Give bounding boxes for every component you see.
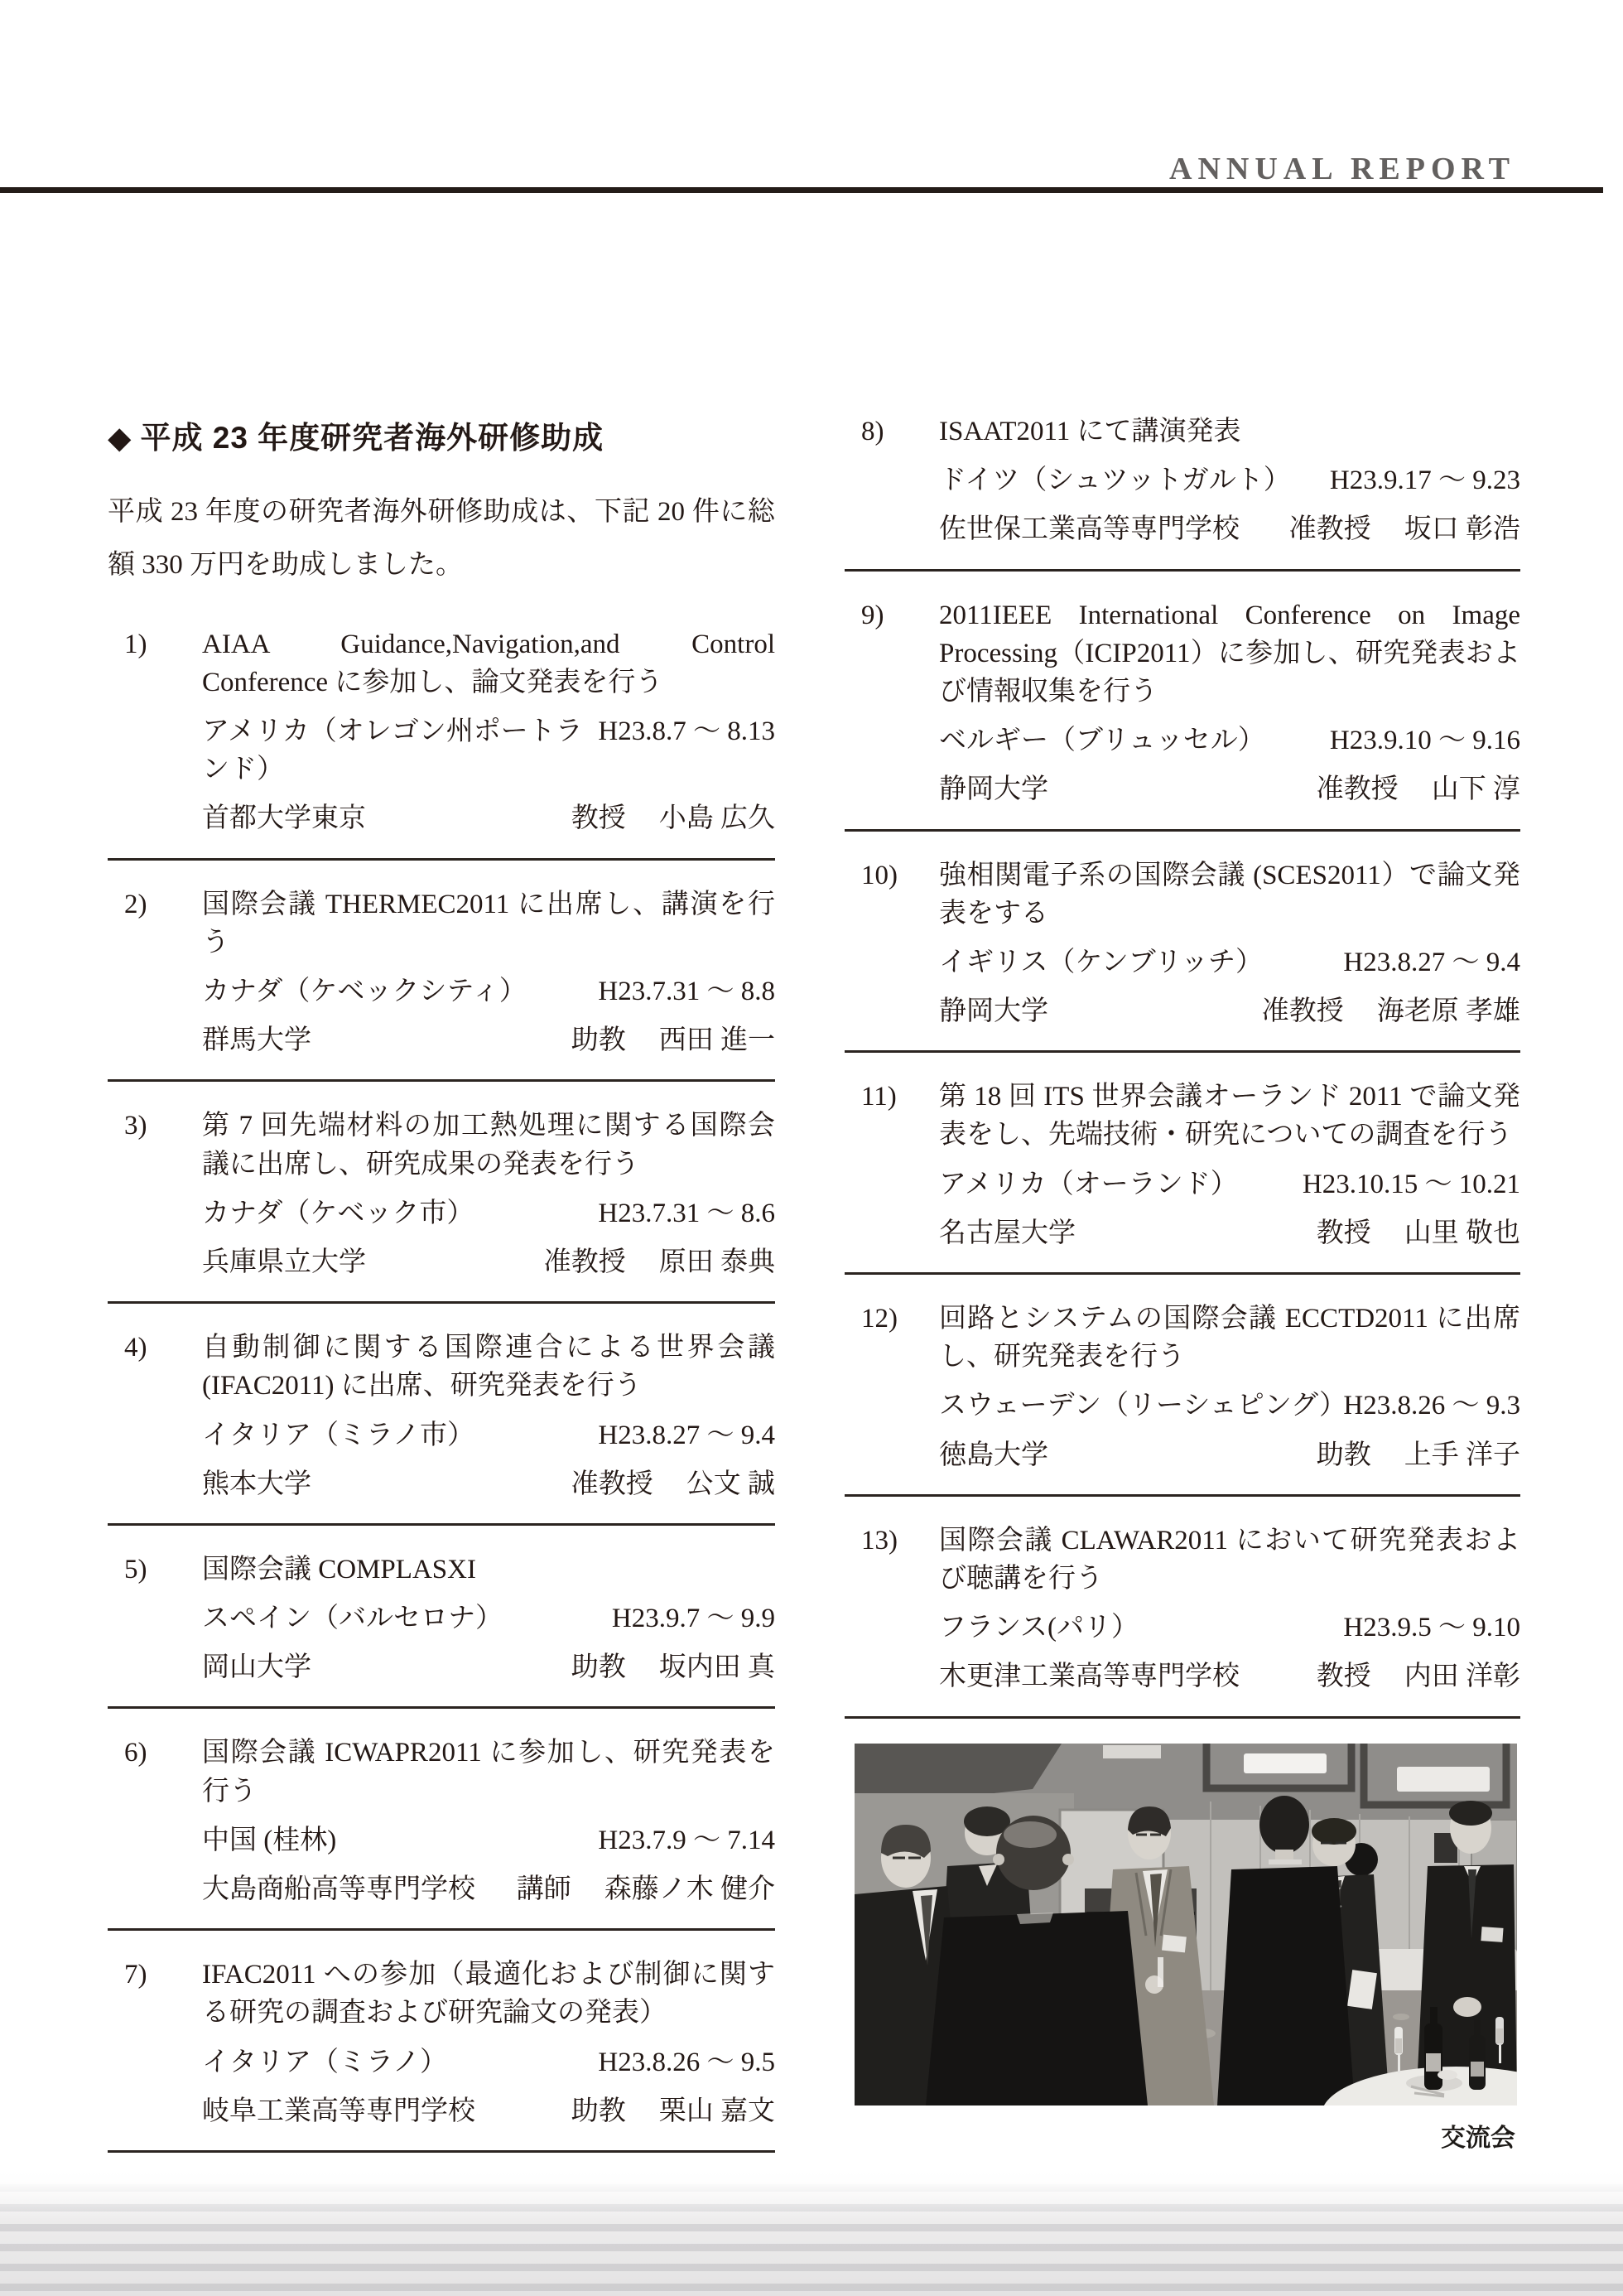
grant-title-row: 12) 回路とシステムの国際会議 ECCTD2011 に出席し、研究発表を行う: [845, 1300, 1520, 1376]
grant-item: 12) 回路とシステムの国際会議 ECCTD2011 に出席し、研究発表を行う …: [845, 1300, 1520, 1497]
grant-title-row: 8) ISAAT2011 にて講演発表: [845, 412, 1520, 451]
grant-position: 准教授: [544, 1247, 626, 1277]
grant-title-row: 7) IFAC2011 への参加（最適化および制御に関する研究の調査および研究論…: [108, 1956, 775, 2032]
grant-title-row: 13) 国際会議 CLAWAR2011 において研究発表および聴講を行う: [845, 1522, 1520, 1598]
grant-number: 5): [108, 1551, 202, 1589]
grant-name: 小島 広久: [659, 803, 775, 833]
grant-position: 講師: [517, 1874, 571, 1904]
section-intro: 平成 23 年度の研究者海外研修助成は、下記 20 件に総額 330 万円を助成…: [108, 485, 775, 592]
grant-institution: 岐阜工業高等専門学校: [202, 2092, 475, 2130]
grant-number: 8): [845, 412, 939, 451]
grant-inst-person-row: 徳島大学 助教上手 洋子: [845, 1436, 1520, 1474]
grant-destination: スウェーデン（リーシェピング）: [939, 1387, 1343, 1425]
grant-item: 9) 2011IEEE International Conference on …: [845, 596, 1520, 832]
grant-title-row: 10) 強相関電子系の国際会議 (SCES2011）で論文発表をする: [845, 856, 1520, 933]
grant-position: 教授: [1317, 1662, 1371, 1691]
grant-place-date-row: イタリア（ミラノ） H23.8.26 ～ 9.5: [108, 2043, 775, 2081]
grant-item: 11) 第 18 回 ITS 世界会議オーランド 2011 で論文発表をし、先端…: [845, 1078, 1520, 1275]
grant-institution: 佐世保工業高等専門学校: [939, 510, 1240, 548]
grant-position: 助教: [1317, 1440, 1371, 1470]
grant-number: 12): [845, 1300, 939, 1376]
grant-position: 准教授: [1317, 774, 1399, 804]
grant-number: 13): [845, 1522, 939, 1598]
grant-title: 第 7 回先端材料の加工熱処理に関する国際会議に出席し、研究成果の発表を行う: [202, 1107, 775, 1183]
grant-position: 准教授: [1262, 996, 1344, 1026]
grant-name: 原田 泰典: [659, 1247, 775, 1277]
grant-number: 11): [845, 1078, 939, 1154]
grant-title-row: 2) 国際会議 THERMEC2011 に出席し、講演を行う: [108, 885, 775, 962]
grant-item: 10) 強相関電子系の国際会議 (SCES2011）で論文発表をする イギリス（…: [845, 856, 1520, 1054]
grant-person: 准教授山下 淳: [1317, 770, 1520, 808]
grant-person: 助教栗山 嘉文: [571, 2092, 775, 2130]
grant-inst-person-row: 静岡大学 准教授山下 淳: [845, 770, 1520, 808]
grant-place-date-row: カナダ（ケベックシティ） H23.7.31 ～ 8.8: [108, 972, 775, 1011]
grant-list-left: 1) AIAA Guidance,Navigation,and Control …: [108, 625, 775, 2153]
grant-number: 9): [845, 596, 939, 711]
grant-name: 山下 淳: [1432, 774, 1520, 804]
grant-inst-person-row: 群馬大学 助教西田 進一: [108, 1021, 775, 1059]
grant-destination: アメリカ（オレゴン州ポートランド）: [202, 712, 598, 789]
grant-destination: カナダ（ケベックシティ）: [202, 972, 527, 1011]
grant-destination: 中国 (桂林): [202, 1821, 336, 1859]
grant-inst-person-row: 兵庫県立大学 准教授原田 泰典: [108, 1243, 775, 1281]
grant-name: 森藤ノ木 健介: [604, 1874, 775, 1904]
grant-title: 2011IEEE International Conference on Ima…: [939, 596, 1520, 711]
grant-institution: 木更津工業高等専門学校: [939, 1657, 1240, 1695]
grant-destination: アメリカ（オーランド）: [939, 1165, 1238, 1203]
grant-dates: H23.8.26 ～ 9.5: [598, 2043, 775, 2081]
grant-title: 強相関電子系の国際会議 (SCES2011）で論文発表をする: [939, 856, 1520, 933]
grant-number: 1): [108, 625, 202, 702]
grant-person: 准教授海老原 孝雄: [1262, 992, 1520, 1030]
grant-title: 回路とシステムの国際会議 ECCTD2011 に出席し、研究発表を行う: [939, 1300, 1520, 1376]
grant-title-row: 5) 国際会議 COMPLASXI: [108, 1551, 775, 1589]
grant-person: 教授内田 洋彰: [1317, 1657, 1520, 1695]
grant-institution: 熊本大学: [202, 1465, 311, 1503]
grant-person: 教授小島 広久: [571, 799, 775, 837]
grant-dates: H23.9.5 ～ 9.10: [1343, 1609, 1520, 1647]
grant-place-date-row: ドイツ（シュツットガルト） H23.9.17 ～ 9.23: [845, 461, 1520, 499]
grant-destination: カナダ（ケベック市）: [202, 1194, 474, 1232]
grant-dates: H23.8.7 ～ 8.13: [598, 712, 775, 750]
grant-person: 講師森藤ノ木 健介: [517, 1870, 775, 1908]
grant-title-row: 11) 第 18 回 ITS 世界会議オーランド 2011 で論文発表をし、先端…: [845, 1078, 1520, 1154]
grant-person: 助教上手 洋子: [1317, 1436, 1520, 1474]
grant-position: 准教授: [571, 1469, 653, 1499]
grant-person: 准教授原田 泰典: [544, 1243, 775, 1281]
grant-number: 10): [845, 856, 939, 933]
left-column: ◆平成 23 年度研究者海外研修助成 平成 23 年度の研究者海外研修助成は、下…: [108, 412, 775, 2178]
grant-item: 13) 国際会議 CLAWAR2011 において研究発表および聴講を行う フラン…: [845, 1522, 1520, 1719]
grant-inst-person-row: 大島商船高等専門学校 講師森藤ノ木 健介: [108, 1870, 775, 1908]
grant-inst-person-row: 名古屋大学 教授山里 敬也: [845, 1214, 1520, 1252]
grant-position: 助教: [571, 1025, 626, 1055]
grant-place-date-row: フランス(パリ） H23.9.5 ～ 9.10: [845, 1609, 1520, 1647]
grant-item: 5) 国際会議 COMPLASXI スペイン（バルセロナ） H23.9.7 ～ …: [108, 1551, 775, 1710]
grant-position: 助教: [571, 1652, 626, 1682]
grant-number: 7): [108, 1956, 202, 2032]
grant-name: 上手 洋子: [1404, 1440, 1520, 1470]
page-header-title: ANNUAL REPORT: [1169, 151, 1515, 187]
grant-dates: H23.7.31 ～ 8.6: [598, 1194, 775, 1232]
grant-place-date-row: アメリカ（オーランド） H23.10.15 ～ 10.21: [845, 1165, 1520, 1203]
grant-institution: 大島商船高等専門学校: [202, 1870, 475, 1908]
grant-destination: フランス(パリ）: [939, 1609, 1139, 1647]
grant-person: 准教授坂口 彰浩: [1289, 510, 1520, 548]
grant-item: 6) 国際会議 ICWAPR2011 に参加し、研究発表を行う 中国 (桂林) …: [108, 1734, 775, 1931]
grant-title: 国際会議 ICWAPR2011 に参加し、研究発表を行う: [202, 1734, 775, 1810]
grant-person: 助教西田 進一: [571, 1021, 775, 1059]
grant-dates: H23.9.17 ～ 9.23: [1330, 461, 1520, 499]
grant-inst-person-row: 岐阜工業高等専門学校 助教栗山 嘉文: [108, 2092, 775, 2130]
photo-caption: 交流会: [855, 2117, 1517, 2154]
grant-destination: イタリア（ミラノ）: [202, 2043, 447, 2081]
grant-destination: イギリス（ケンブリッチ）: [939, 943, 1263, 982]
grant-number: 3): [108, 1107, 202, 1183]
grant-person: 助教坂内田 真: [571, 1648, 775, 1686]
grant-dates: H23.9.10 ～ 9.16: [1330, 721, 1520, 760]
grant-place-date-row: イギリス（ケンブリッチ） H23.8.27 ～ 9.4: [845, 943, 1520, 982]
grant-destination: ベルギー（ブリュッセル）: [939, 721, 1265, 760]
grant-position: 助教: [571, 2096, 626, 2126]
grant-inst-person-row: 首都大学東京 教授小島 広久: [108, 799, 775, 837]
header-rule: [0, 187, 1603, 193]
grant-title-row: 6) 国際会議 ICWAPR2011 に参加し、研究発表を行う: [108, 1734, 775, 1810]
grant-dates: H23.8.26 ～ 9.3: [1343, 1387, 1520, 1425]
grant-dates: H23.8.27 ～ 9.4: [598, 1416, 775, 1454]
grant-title: 国際会議 CLAWAR2011 において研究発表および聴講を行う: [939, 1522, 1520, 1598]
grant-inst-person-row: 静岡大学 准教授海老原 孝雄: [845, 992, 1520, 1030]
grant-dates: H23.10.15 ～ 10.21: [1303, 1165, 1520, 1203]
grant-inst-person-row: 木更津工業高等専門学校 教授内田 洋彰: [845, 1657, 1520, 1695]
grant-list-right: 8) ISAAT2011 にて講演発表 ドイツ（シュツットガルト） H23.9.…: [845, 412, 1520, 1719]
grant-item: 2) 国際会議 THERMEC2011 に出席し、講演を行う カナダ（ケベックシ…: [108, 885, 775, 1083]
grant-inst-person-row: 熊本大学 准教授公文 誠: [108, 1465, 775, 1503]
grant-place-date-row: 中国 (桂林) H23.7.9 ～ 7.14: [108, 1821, 775, 1859]
grant-title-row: 9) 2011IEEE International Conference on …: [845, 596, 1520, 711]
grant-item: 3) 第 7 回先端材料の加工熱処理に関する国際会議に出席し、研究成果の発表を行…: [108, 1107, 775, 1304]
grant-number: 6): [108, 1734, 202, 1810]
grant-title: 第 18 回 ITS 世界会議オーランド 2011 で論文発表をし、先端技術・研…: [939, 1078, 1520, 1154]
grant-place-date-row: カナダ（ケベック市） H23.7.31 ～ 8.6: [108, 1194, 775, 1232]
grant-place-date-row: スペイン（バルセロナ） H23.9.7 ～ 9.9: [108, 1599, 775, 1638]
grant-name: 西田 進一: [659, 1025, 775, 1055]
grant-title: 国際会議 COMPLASXI: [202, 1551, 775, 1589]
grant-person: 准教授公文 誠: [571, 1465, 775, 1503]
grant-place-date-row: スウェーデン（リーシェピング） H23.8.26 ～ 9.3: [845, 1387, 1520, 1425]
grant-name: 海老原 孝雄: [1377, 996, 1520, 1026]
grant-title: 国際会議 THERMEC2011 に出席し、講演を行う: [202, 885, 775, 962]
section-heading: ◆平成 23 年度研究者海外研修助成: [108, 412, 775, 457]
grant-title: IFAC2011 への参加（最適化および制御に関する研究の調査および研究論文の発…: [202, 1956, 775, 2032]
grant-institution: 兵庫県立大学: [202, 1243, 366, 1281]
grant-name: 栗山 嘉文: [659, 2096, 775, 2126]
grant-title: 自動制御に関する国際連合による世界会議 (IFAC2011) に出席、研究発表を…: [202, 1329, 775, 1405]
grant-destination: ドイツ（シュツットガルト）: [939, 461, 1291, 499]
grant-inst-person-row: 岡山大学 助教坂内田 真: [108, 1648, 775, 1686]
section-heading-text: 平成 23 年度研究者海外研修助成: [140, 421, 604, 455]
grant-institution: 静岡大学: [939, 770, 1048, 808]
grant-institution: 名古屋大学: [939, 1214, 1076, 1252]
grant-position: 教授: [1317, 1218, 1371, 1248]
grant-position: 教授: [571, 803, 626, 833]
grant-place-date-row: イタリア（ミラノ市） H23.8.27 ～ 9.4: [108, 1416, 775, 1454]
grant-dates: H23.8.27 ～ 9.4: [1343, 943, 1520, 982]
grant-place-date-row: ベルギー（ブリュッセル） H23.9.10 ～ 9.16: [845, 721, 1520, 760]
grant-destination: スペイン（バルセロナ）: [202, 1599, 503, 1638]
grant-item: 1) AIAA Guidance,Navigation,and Control …: [108, 625, 775, 861]
grant-dates: H23.7.9 ～ 7.14: [598, 1821, 775, 1859]
annual-report-page: ANNUAL REPORT ◆平成 23 年度研究者海外研修助成 平成 23 年…: [0, 0, 1623, 2296]
grant-institution: 群馬大学: [202, 1021, 311, 1059]
grant-dates: H23.7.31 ～ 8.8: [598, 972, 775, 1011]
grant-inst-person-row: 佐世保工業高等専門学校 准教授坂口 彰浩: [845, 510, 1520, 548]
networking-photo: [855, 1744, 1517, 2105]
footer-stripes: [0, 2172, 1623, 2296]
grant-title-row: 1) AIAA Guidance,Navigation,and Control …: [108, 625, 775, 702]
grant-title-row: 4) 自動制御に関する国際連合による世界会議 (IFAC2011) に出席、研究…: [108, 1329, 775, 1405]
grant-name: 内田 洋彰: [1404, 1662, 1520, 1691]
grant-number: 2): [108, 885, 202, 962]
grant-name: 山里 敬也: [1404, 1218, 1520, 1248]
grant-position: 准教授: [1289, 514, 1371, 544]
grant-item: 4) 自動制御に関する国際連合による世界会議 (IFAC2011) に出席、研究…: [108, 1329, 775, 1526]
grant-name: 坂内田 真: [659, 1652, 775, 1682]
grant-number: 4): [108, 1329, 202, 1405]
grant-title: AIAA Guidance,Navigation,and Control Con…: [202, 625, 775, 702]
grant-name: 坂口 彰浩: [1404, 514, 1520, 544]
grant-title-row: 3) 第 7 回先端材料の加工熱処理に関する国際会議に出席し、研究成果の発表を行…: [108, 1107, 775, 1183]
grant-item: 7) IFAC2011 への参加（最適化および制御に関する研究の調査および研究論…: [108, 1956, 775, 2153]
grant-item: 8) ISAAT2011 にて講演発表 ドイツ（シュツットガルト） H23.9.…: [845, 412, 1520, 572]
diamond-icon: ◆: [108, 421, 132, 455]
grant-title: ISAAT2011 にて講演発表: [939, 412, 1520, 451]
grant-place-date-row: アメリカ（オレゴン州ポートランド） H23.8.7 ～ 8.13: [108, 712, 775, 789]
grant-dates: H23.9.7 ～ 9.9: [612, 1599, 775, 1638]
grant-institution: 徳島大学: [939, 1436, 1048, 1474]
grant-institution: 首都大学東京: [202, 799, 366, 837]
grant-person: 教授山里 敬也: [1317, 1214, 1520, 1252]
grant-institution: 岡山大学: [202, 1648, 311, 1686]
grant-institution: 静岡大学: [939, 992, 1048, 1030]
grant-name: 公文 誠: [686, 1469, 775, 1499]
grant-destination: イタリア（ミラノ市）: [202, 1416, 474, 1454]
event-photo: 交流会: [855, 1744, 1517, 2154]
right-column: 8) ISAAT2011 にて講演発表 ドイツ（シュツットガルト） H23.9.…: [845, 412, 1520, 2154]
